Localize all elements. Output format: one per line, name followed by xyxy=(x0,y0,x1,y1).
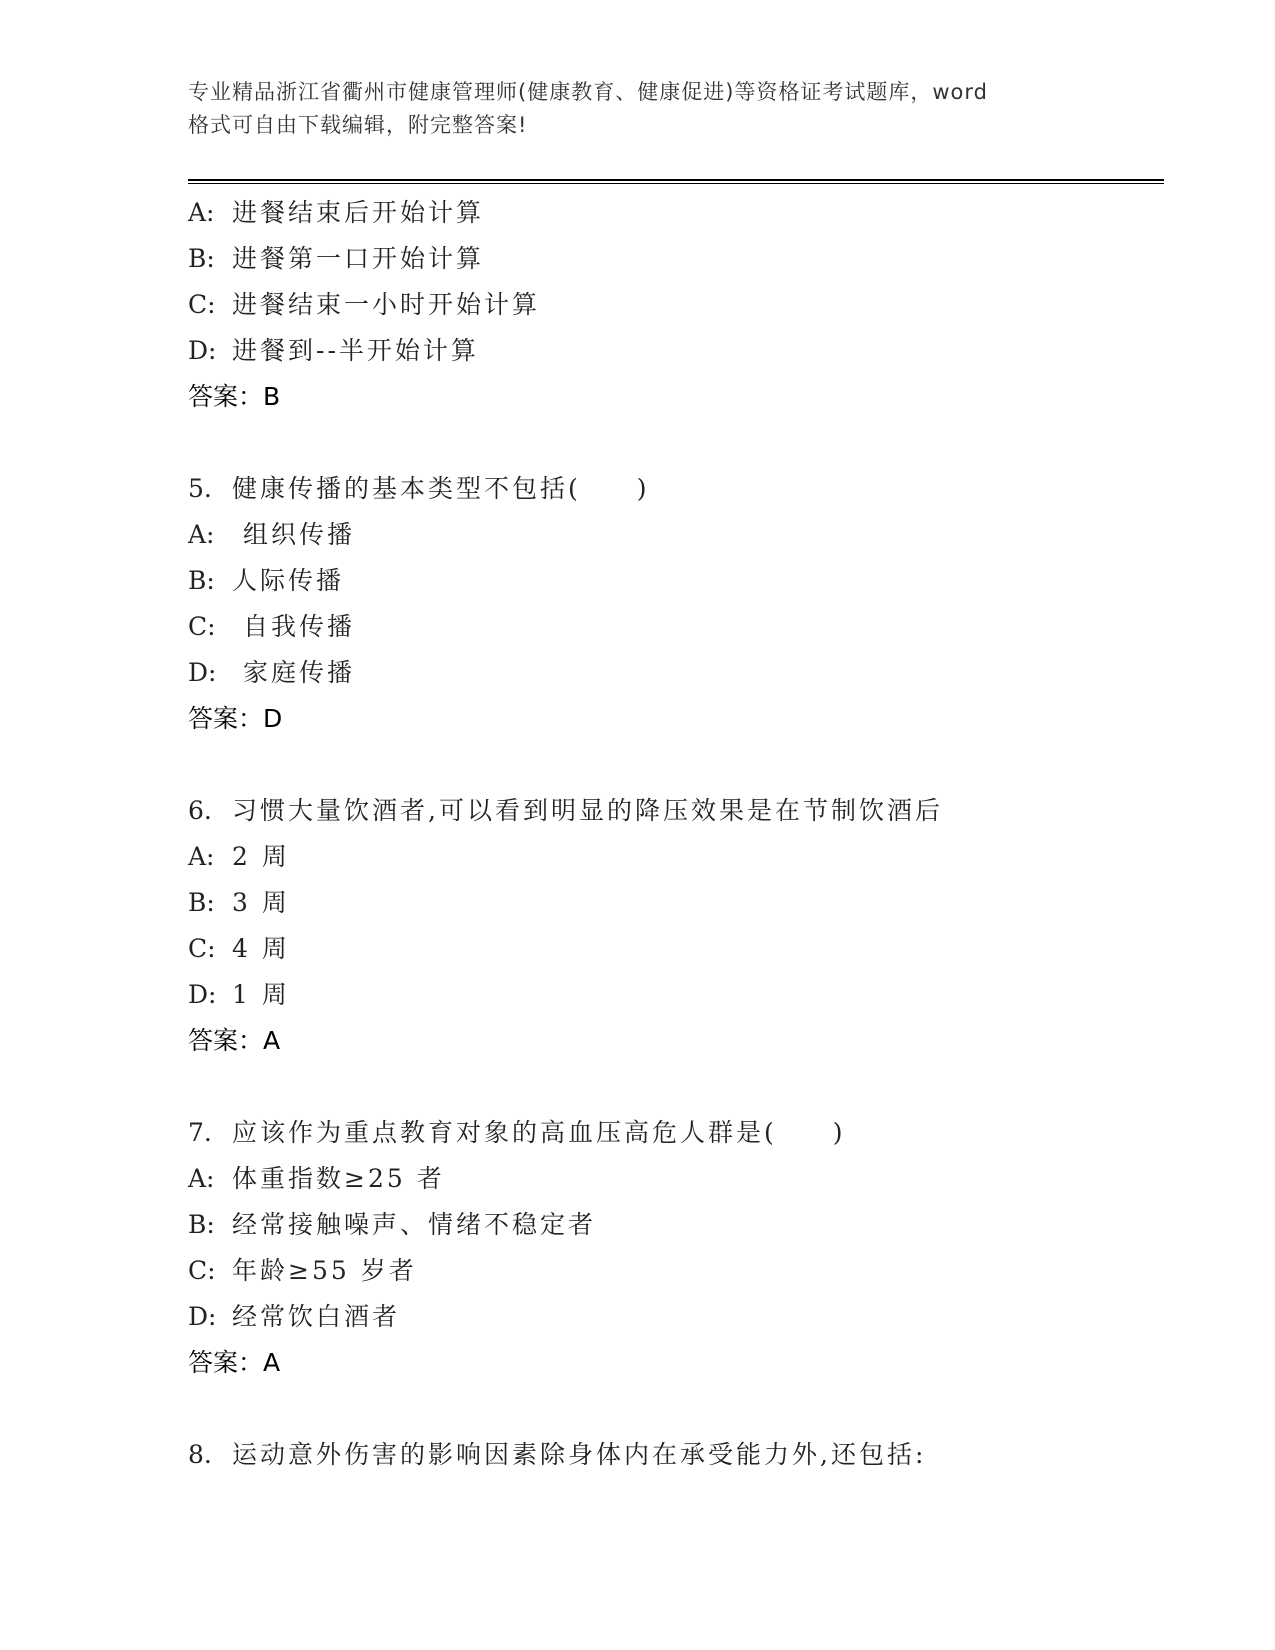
option-a: A:2 周 xyxy=(188,834,1168,880)
answer-line: 答案：D xyxy=(188,696,1168,742)
question-stem: 8.运动意外伤害的影响因素除身体内在承受能力外,还包括: xyxy=(188,1432,1168,1478)
answer-line: 答案：A xyxy=(188,1340,1168,1386)
question-list: A:进餐结束后开始计算 B:进餐第一口开始计算 C:进餐结束一小时开始计算 D:… xyxy=(188,190,1168,1478)
option-d: D:进餐到--半开始计算 xyxy=(188,328,1168,374)
question-6-block: 6.习惯大量饮酒者,可以看到明显的降压效果是在节制饮酒后 A:2 周 B:3 周… xyxy=(188,788,1168,1064)
spacer xyxy=(188,1386,1168,1432)
document-header: 专业精品浙江省衢州市健康管理师(健康教育、健康促进)等资格证考试题库，word … xyxy=(188,76,1148,142)
question-stem: 7.应该作为重点教育对象的高血压高危人群是( ) xyxy=(188,1110,1168,1156)
question-stem: 5.健康传播的基本类型不包括( ) xyxy=(188,466,1168,512)
spacer xyxy=(188,1064,1168,1110)
header-line-2: 格式可自由下载编辑，附完整答案! xyxy=(188,109,1148,142)
option-c: C:进餐结束一小时开始计算 xyxy=(188,282,1168,328)
spacer xyxy=(188,420,1168,466)
header-line-1: 专业精品浙江省衢州市健康管理师(健康教育、健康促进)等资格证考试题库，word xyxy=(188,76,1148,109)
option-a: A:进餐结束后开始计算 xyxy=(188,190,1168,236)
question-4-block: A:进餐结束后开始计算 B:进餐第一口开始计算 C:进餐结束一小时开始计算 D:… xyxy=(188,190,1168,420)
option-c: C:4 周 xyxy=(188,926,1168,972)
option-d: D:1 周 xyxy=(188,972,1168,1018)
option-a: A: 组织传播 xyxy=(188,512,1168,558)
option-d: D:经常饮白酒者 xyxy=(188,1294,1168,1340)
rule-thin xyxy=(188,183,1164,184)
option-c: C: 自我传播 xyxy=(188,604,1168,650)
option-a: A:体重指数≥25 者 xyxy=(188,1156,1168,1202)
option-b: B:人际传播 xyxy=(188,558,1168,604)
option-c: C:年龄≥55 岁者 xyxy=(188,1248,1168,1294)
question-stem: 6.习惯大量饮酒者,可以看到明显的降压效果是在节制饮酒后 xyxy=(188,788,1168,834)
question-7-block: 7.应该作为重点教育对象的高血压高危人群是( ) A:体重指数≥25 者 B:经… xyxy=(188,1110,1168,1386)
answer-line: 答案：A xyxy=(188,1018,1168,1064)
question-8-block: 8.运动意外伤害的影响因素除身体内在承受能力外,还包括: xyxy=(188,1432,1168,1478)
option-d: D: 家庭传播 xyxy=(188,650,1168,696)
option-b: B:经常接触噪声、情绪不稳定者 xyxy=(188,1202,1168,1248)
rule-thick xyxy=(188,179,1164,181)
question-5-block: 5.健康传播的基本类型不包括( ) A: 组织传播 B:人际传播 C: 自我传播… xyxy=(188,466,1168,742)
option-b: B:进餐第一口开始计算 xyxy=(188,236,1168,282)
spacer xyxy=(188,742,1168,788)
option-b: B:3 周 xyxy=(188,880,1168,926)
answer-line: 答案：B xyxy=(188,374,1168,420)
header-double-rule xyxy=(188,179,1164,185)
